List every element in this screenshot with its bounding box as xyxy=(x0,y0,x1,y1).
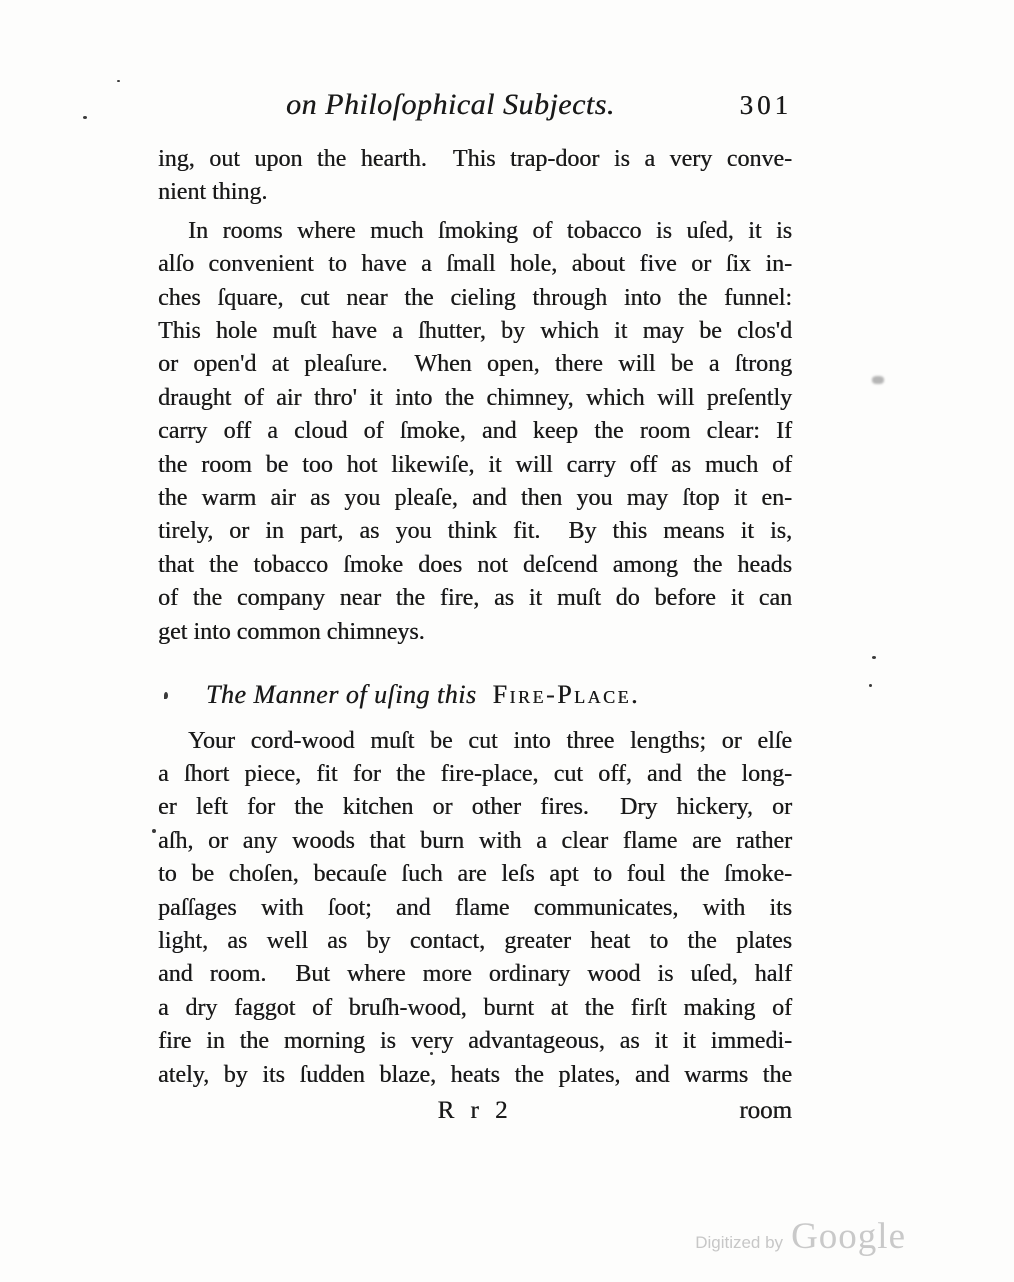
text-line: This hole muſt have a ſhutter, by which … xyxy=(158,315,792,348)
text-line: Your cord-wood muſt be cut into three le… xyxy=(158,725,792,758)
scan-smudge xyxy=(872,376,884,384)
section-heading-italic: The Manner of uſing this xyxy=(206,680,477,709)
book-page-scan: on Philoſophical Subjects. 301 ing, out … xyxy=(0,0,1014,1282)
text-line: get into common chimneys. xyxy=(158,616,792,649)
page-body: ing, out upon the hearth. This trap-door… xyxy=(158,143,792,1128)
ink-speck xyxy=(152,829,156,833)
text-line: fire in the morning is very advantageous… xyxy=(158,1025,792,1058)
page-number: 301 xyxy=(740,90,793,121)
text-line: ing, out upon the hearth. This trap-door… xyxy=(158,143,792,176)
text-line: nient thing. xyxy=(158,176,792,209)
text-line: a ſhort piece, fit for the fire-place, c… xyxy=(158,758,792,791)
text-line: draught of air thro' it into the chimney… xyxy=(158,382,792,415)
paragraph-cord-wood: Your cord-wood muſt be cut into three le… xyxy=(158,725,792,1092)
text-line: and room. But where more ordinary wood i… xyxy=(158,958,792,991)
signature-line: R r 2 room xyxy=(158,1094,792,1128)
ink-speck xyxy=(83,116,87,119)
running-title: on Philoſophical Subjects. xyxy=(286,88,615,122)
text-line: light, as well as by contact, greater he… xyxy=(158,925,792,958)
ink-speck xyxy=(430,1052,433,1055)
text-line: er left for the kitchen or other fires. … xyxy=(158,791,792,824)
text-line: the room be too hot likewiſe, it will ca… xyxy=(158,449,792,482)
text-line: In rooms where much ſmoking of tobacco i… xyxy=(158,215,792,248)
paragraph-continuation: ing, out upon the hearth. This trap-door… xyxy=(158,143,792,210)
paragraph-tobacco-smoke: In rooms where much ſmoking of tobacco i… xyxy=(158,215,792,649)
page-header: on Philoſophical Subjects. 301 xyxy=(158,88,792,122)
text-line: to be choſen, becauſe ſuch are leſs apt … xyxy=(158,858,792,891)
ink-speck xyxy=(869,684,872,687)
ink-speck xyxy=(872,656,876,659)
section-heading-smallcaps: Fire-Place. xyxy=(492,680,640,709)
text-line: aſh, or any woods that burn with a clear… xyxy=(158,825,792,858)
ink-speck xyxy=(164,692,168,699)
text-line: a dry faggot of bruſh-wood, burnt at the… xyxy=(158,992,792,1025)
google-logo: Google xyxy=(791,1215,906,1258)
text-line: ately, by its ſudden blaze, heats the pl… xyxy=(158,1059,792,1092)
text-line: or open'd at pleaſure. When open, there … xyxy=(158,348,792,381)
text-line: the warm air as you pleaſe, and then you… xyxy=(158,482,792,515)
text-line: ches ſquare, cut near the cieling throug… xyxy=(158,282,792,315)
text-line: alſo convenient to have a ſmall hole, ab… xyxy=(158,248,792,281)
text-line: tirely, or in part, as you think fit. By… xyxy=(158,515,792,548)
google-watermark: Digitized by Google xyxy=(695,1215,906,1258)
text-line: that the tobacco ſmoke does not deſcend … xyxy=(158,549,792,582)
catchword: room xyxy=(739,1094,792,1127)
ink-speck xyxy=(117,80,120,82)
text-line: carry off a cloud of ſmoke, and keep the… xyxy=(158,415,792,448)
printer-signature: R r 2 xyxy=(438,1094,513,1127)
digitized-by-label: Digitized by xyxy=(695,1233,783,1253)
section-heading: The Manner of uſing this Fire-Place. xyxy=(106,678,740,713)
text-line: paſſages with ſoot; and flame communicat… xyxy=(158,892,792,925)
text-line: of the company near the fire, as it muſt… xyxy=(158,582,792,615)
